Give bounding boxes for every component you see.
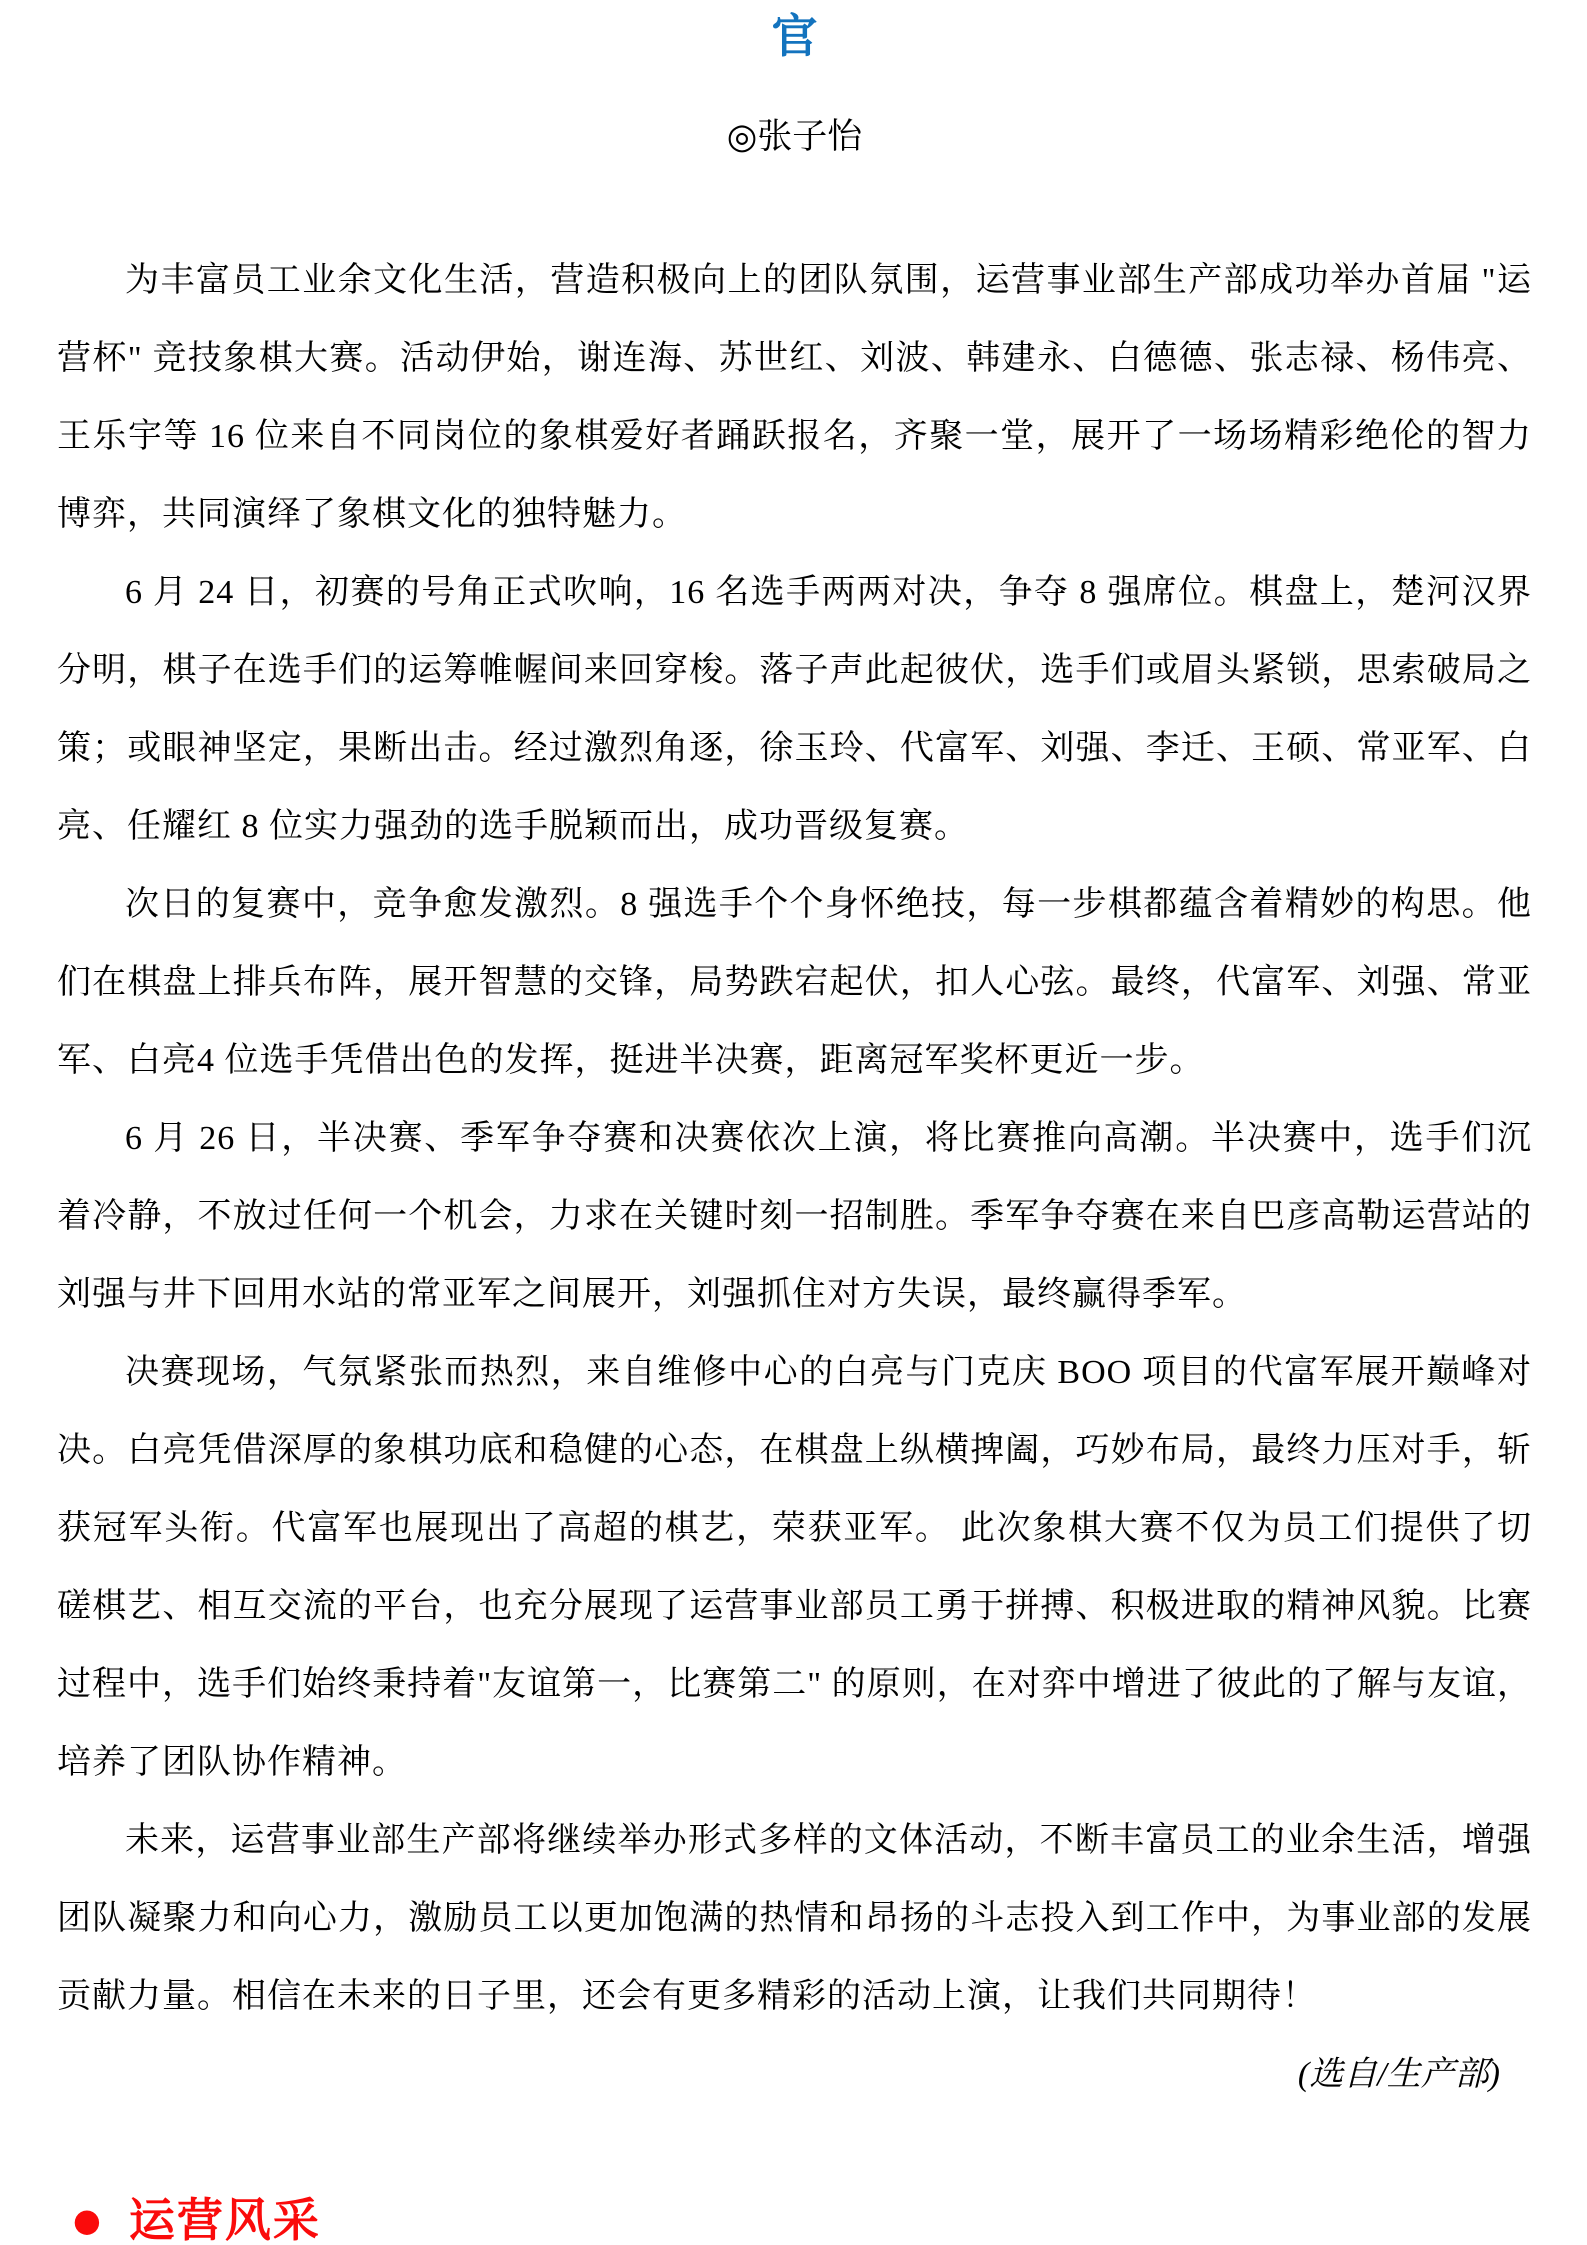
paragraph-outlook: 未来，运营事业部生产部将继续举办形式多样的文体活动，不断丰富员工的业余生活，增强… bbox=[57, 1802, 1532, 2036]
paragraph-final: 决赛现场，气氛紧张而热烈，来自维修中心的白亮与门克庆 BOO 项目的代富军展开巅… bbox=[57, 1334, 1532, 1802]
paragraph-intro: 为丰富员工业余文化生活，营造积极向上的团队氛围，运营事业部生产部成功举办首届 "… bbox=[57, 242, 1532, 554]
attribution-line: (选自/生产部) bbox=[57, 2036, 1532, 2114]
paragraph-semifinals: 6 月 26 日，半决赛、季军争夺赛和决赛依次上演，将比赛推向高潮。半决赛中，选… bbox=[57, 1100, 1532, 1334]
document-page: 官 ◎张子怡 为丰富员工业余文化生活，营造积极向上的团队氛围，运营事业部生产部成… bbox=[0, 0, 1587, 2245]
paragraph-second-round: 次日的复赛中，竞争愈发激烈。8 强选手个个身怀绝技，每一步棋都蕴含着精妙的构思。… bbox=[57, 866, 1532, 1100]
author-byline: ◎张子怡 bbox=[57, 114, 1532, 160]
article-body: 为丰富员工业余文化生活，营造积极向上的团队氛围，运营事业部生产部成功举办首届 "… bbox=[57, 242, 1532, 2114]
paragraph-preliminary-round: 6 月 24 日，初赛的号角正式吹响，16 名选手两两对决，争夺 8 强席位。棋… bbox=[57, 554, 1532, 866]
page-header-character: 官 bbox=[57, 8, 1532, 64]
section-title: 运营风采 bbox=[129, 2192, 321, 2245]
red-bullet-icon: ● bbox=[73, 2204, 101, 2236]
section-heading: ● 运营风采 bbox=[73, 2192, 1532, 2245]
